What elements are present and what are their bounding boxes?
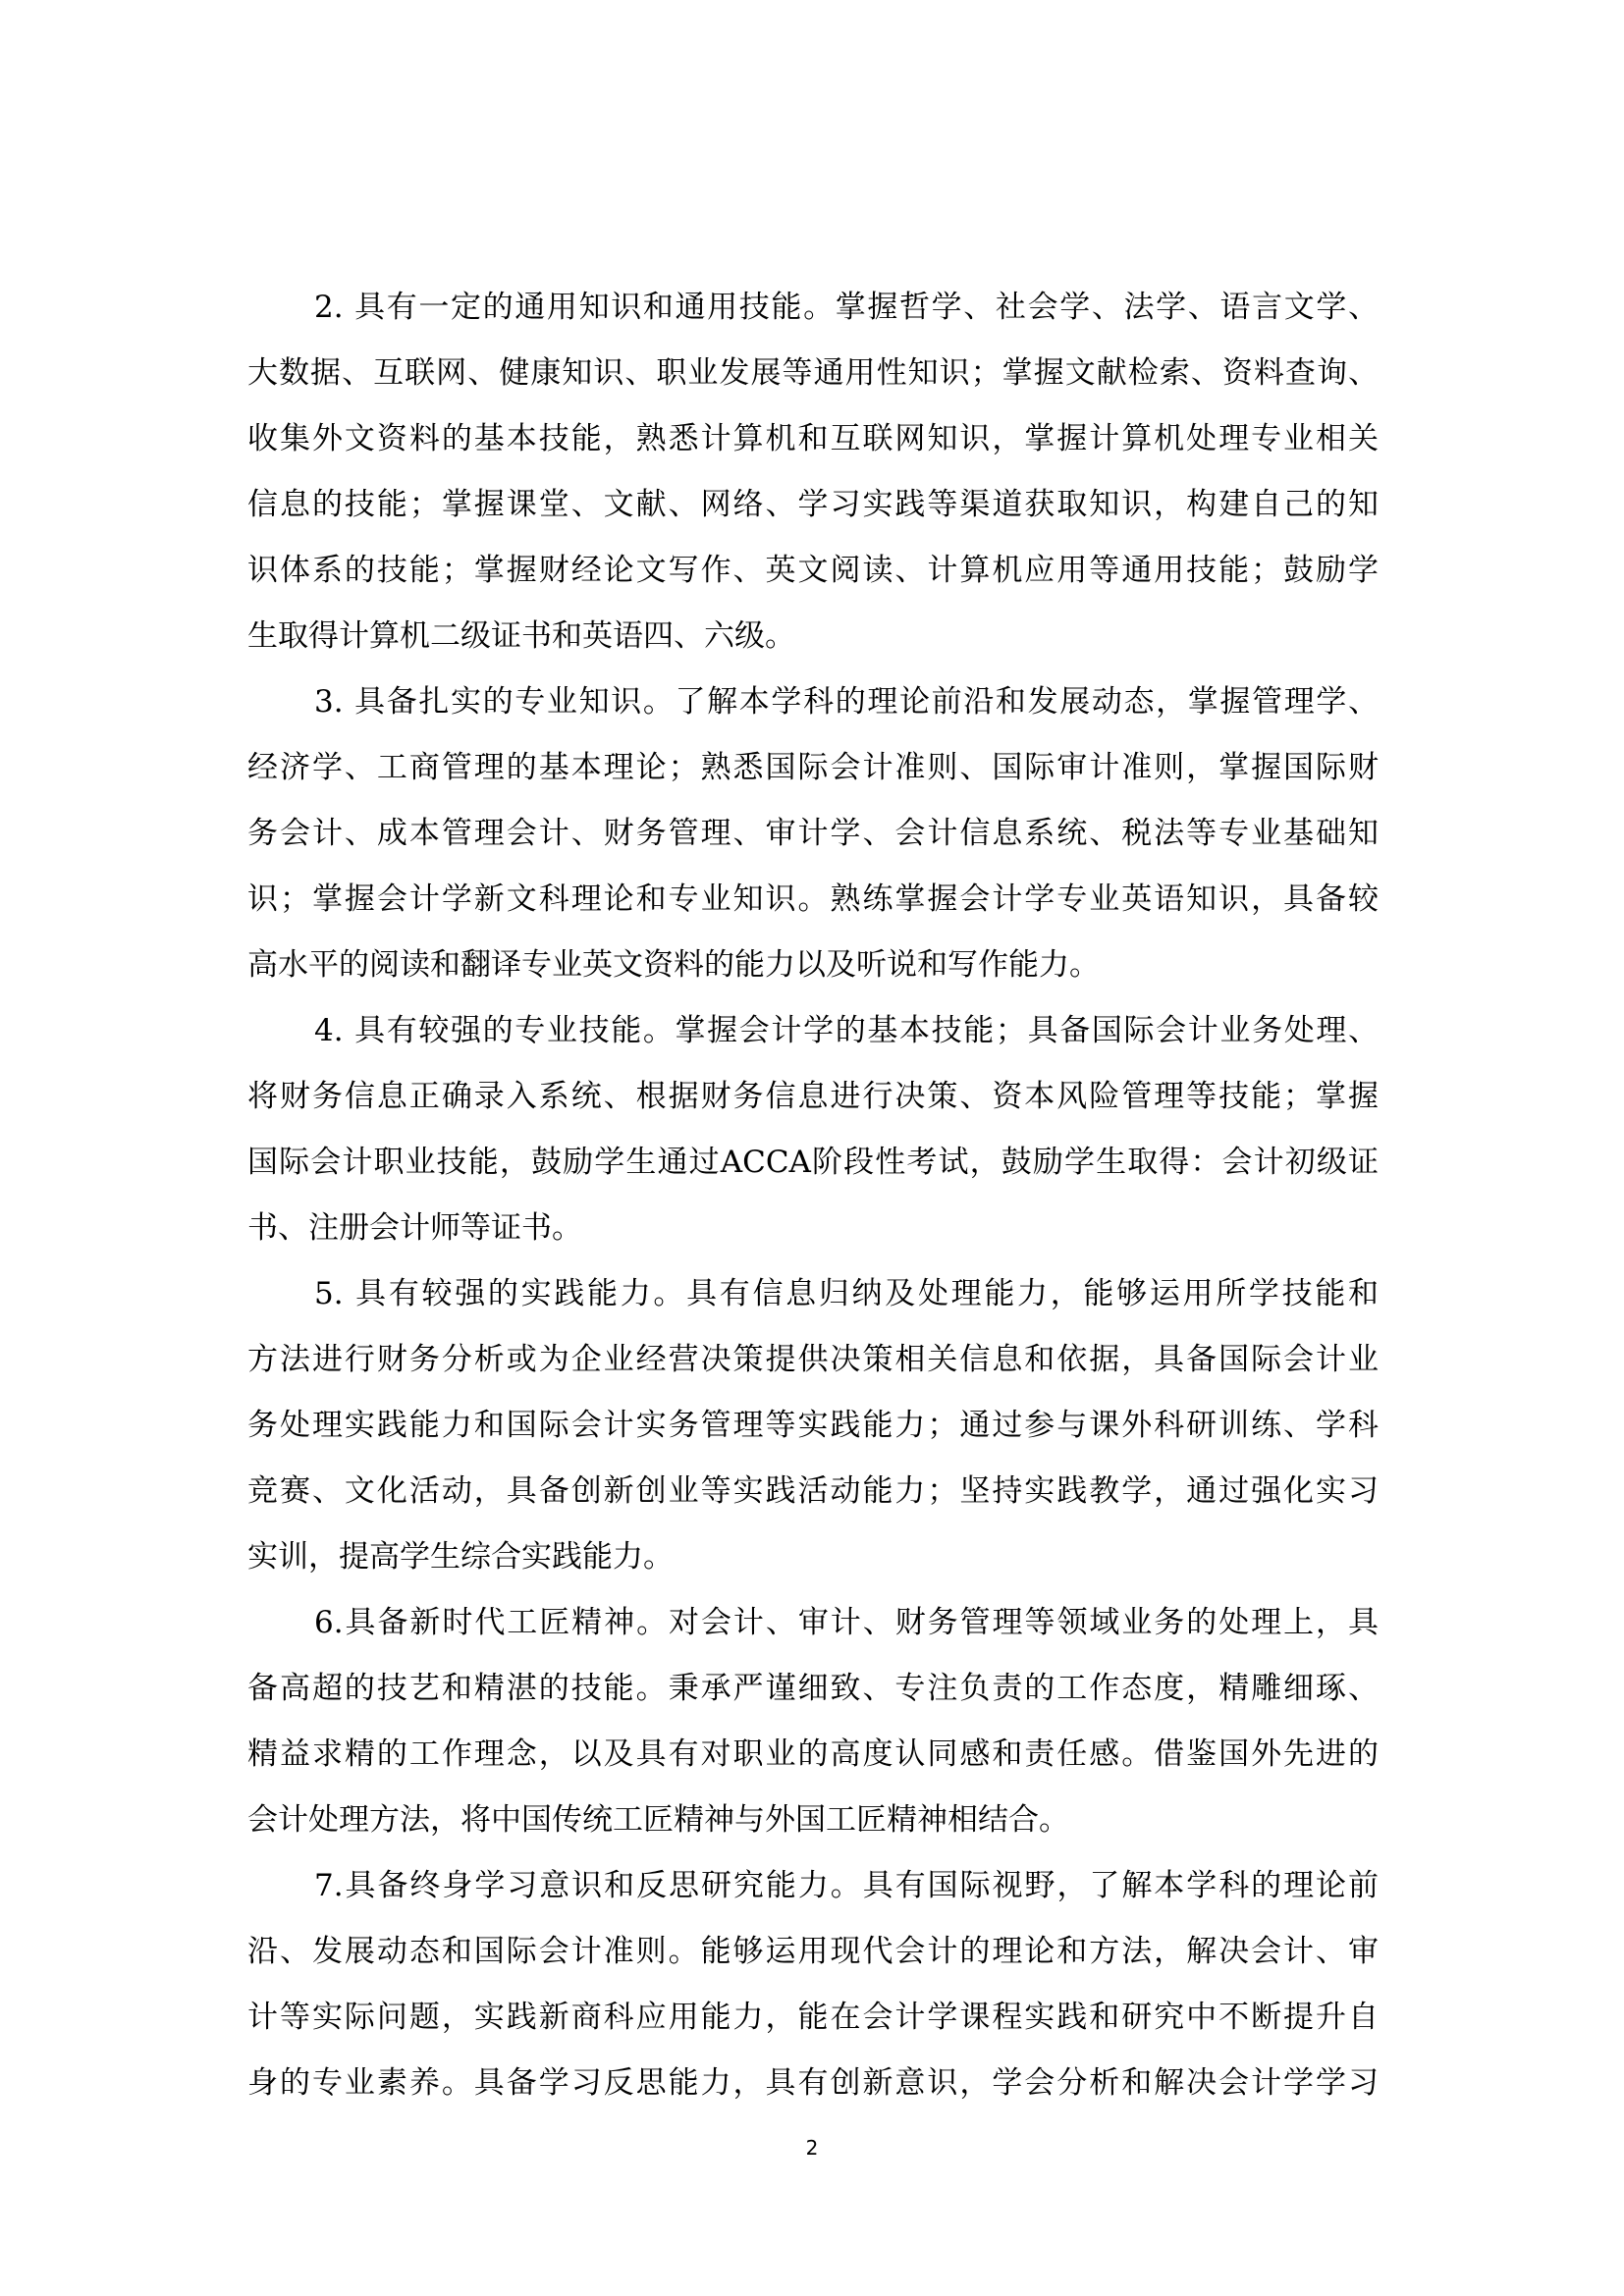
text-line: 6.具备新时代工匠精神。对会计、审计、财务管理等领域业务的处理上，具 [247, 1590, 1379, 1656]
body-text: 2. 具有一定的通用知识和通用技能。掌握哲学、社会学、法学、语言文学、 大数据、… [247, 275, 1379, 2116]
paragraph-5: 5. 具有较强的实践能力。具有信息归纳及处理能力，能够运用所学技能和 方法进行财… [247, 1261, 1379, 1590]
text-line: 5. 具有较强的实践能力。具有信息归纳及处理能力，能够运用所学技能和 [247, 1261, 1379, 1327]
text-line: 书、注册会计师等证书。 [247, 1196, 1379, 1261]
text-line: 务处理实践能力和国际会计实务管理等实践能力；通过参与课外科研训练、学科 [247, 1393, 1379, 1459]
paragraph-2: 2. 具有一定的通用知识和通用技能。掌握哲学、社会学、法学、语言文学、 大数据、… [247, 275, 1379, 669]
text-line: 大数据、互联网、健康知识、职业发展等通用性知识；掌握文献检索、资料查询、 [247, 341, 1379, 406]
text-line: 高水平的阅读和翻译专业英文资料的能力以及听说和写作能力。 [247, 933, 1379, 998]
text-line: 信息的技能；掌握课堂、文献、网络、学习实践等渠道获取知识，构建自己的知 [247, 472, 1379, 538]
paragraph-7: 7.具备终身学习意识和反思研究能力。具有国际视野，了解本学科的理论前 沿、发展动… [247, 1853, 1379, 2116]
text-line: 身的专业素养。具备学习反思能力，具有创新意识，学会分析和解决会计学学习 [247, 2051, 1379, 2116]
text-line: 识；掌握会计学新文科理论和专业知识。熟练掌握会计学专业英语知识，具备较 [247, 867, 1379, 933]
text-line: 收集外文资料的基本技能，熟悉计算机和互联网知识，掌握计算机处理专业相关 [247, 406, 1379, 472]
text-line: 2. 具有一定的通用知识和通用技能。掌握哲学、社会学、法学、语言文学、 [247, 275, 1379, 341]
text-line: 备高超的技艺和精湛的技能。秉承严谨细致、专注负责的工作态度，精雕细琢、 [247, 1656, 1379, 1722]
text-line: 实训，提高学生综合实践能力。 [247, 1524, 1379, 1590]
paragraph-6: 6.具备新时代工匠精神。对会计、审计、财务管理等领域业务的处理上，具 备高超的技… [247, 1590, 1379, 1853]
text-line: 会计处理方法，将中国传统工匠精神与外国工匠精神相结合。 [247, 1788, 1379, 1853]
text-line: 经济学、工商管理的基本理论；熟悉国际会计准则、国际审计准则，掌握国际财 [247, 735, 1379, 801]
document-page: 2. 具有一定的通用知识和通用技能。掌握哲学、社会学、法学、语言文学、 大数据、… [0, 0, 1624, 2296]
text-line: 4. 具有较强的专业技能。掌握会计学的基本技能；具备国际会计业务处理、 [247, 998, 1379, 1064]
text-line: 识体系的技能；掌握财经论文写作、英文阅读、计算机应用等通用技能；鼓励学 [247, 538, 1379, 604]
text-line: 国际会计职业技能，鼓励学生通过ACCA阶段性考试，鼓励学生取得：会计初级证 [247, 1130, 1379, 1196]
text-line: 竞赛、文化活动，具备创新创业等实践活动能力；坚持实践教学，通过强化实习 [247, 1459, 1379, 1524]
text-line: 3. 具备扎实的专业知识。了解本学科的理论前沿和发展动态，掌握管理学、 [247, 669, 1379, 735]
text-line: 精益求精的工作理念，以及具有对职业的高度认同感和责任感。借鉴国外先进的 [247, 1722, 1379, 1788]
text-line: 生取得计算机二级证书和英语四、六级。 [247, 604, 1379, 669]
paragraph-4: 4. 具有较强的专业技能。掌握会计学的基本技能；具备国际会计业务处理、 将财务信… [247, 998, 1379, 1261]
text-line: 7.具备终身学习意识和反思研究能力。具有国际视野，了解本学科的理论前 [247, 1853, 1379, 1919]
text-line: 将财务信息正确录入系统、根据财务信息进行决策、资本风险管理等技能；掌握 [247, 1064, 1379, 1130]
paragraph-3: 3. 具备扎实的专业知识。了解本学科的理论前沿和发展动态，掌握管理学、 经济学、… [247, 669, 1379, 998]
text-line: 方法进行财务分析或为企业经营决策提供决策相关信息和依据，具备国际会计业 [247, 1327, 1379, 1393]
text-line: 沿、发展动态和国际会计准则。能够运用现代会计的理论和方法，解决会计、审 [247, 1919, 1379, 1985]
text-line: 务会计、成本管理会计、财务管理、审计学、会计信息系统、税法等专业基础知 [247, 801, 1379, 867]
text-line: 计等实际问题，实践新商科应用能力，能在会计学课程实践和研究中不断提升自 [247, 1985, 1379, 2051]
page-number: 2 [0, 2136, 1624, 2160]
